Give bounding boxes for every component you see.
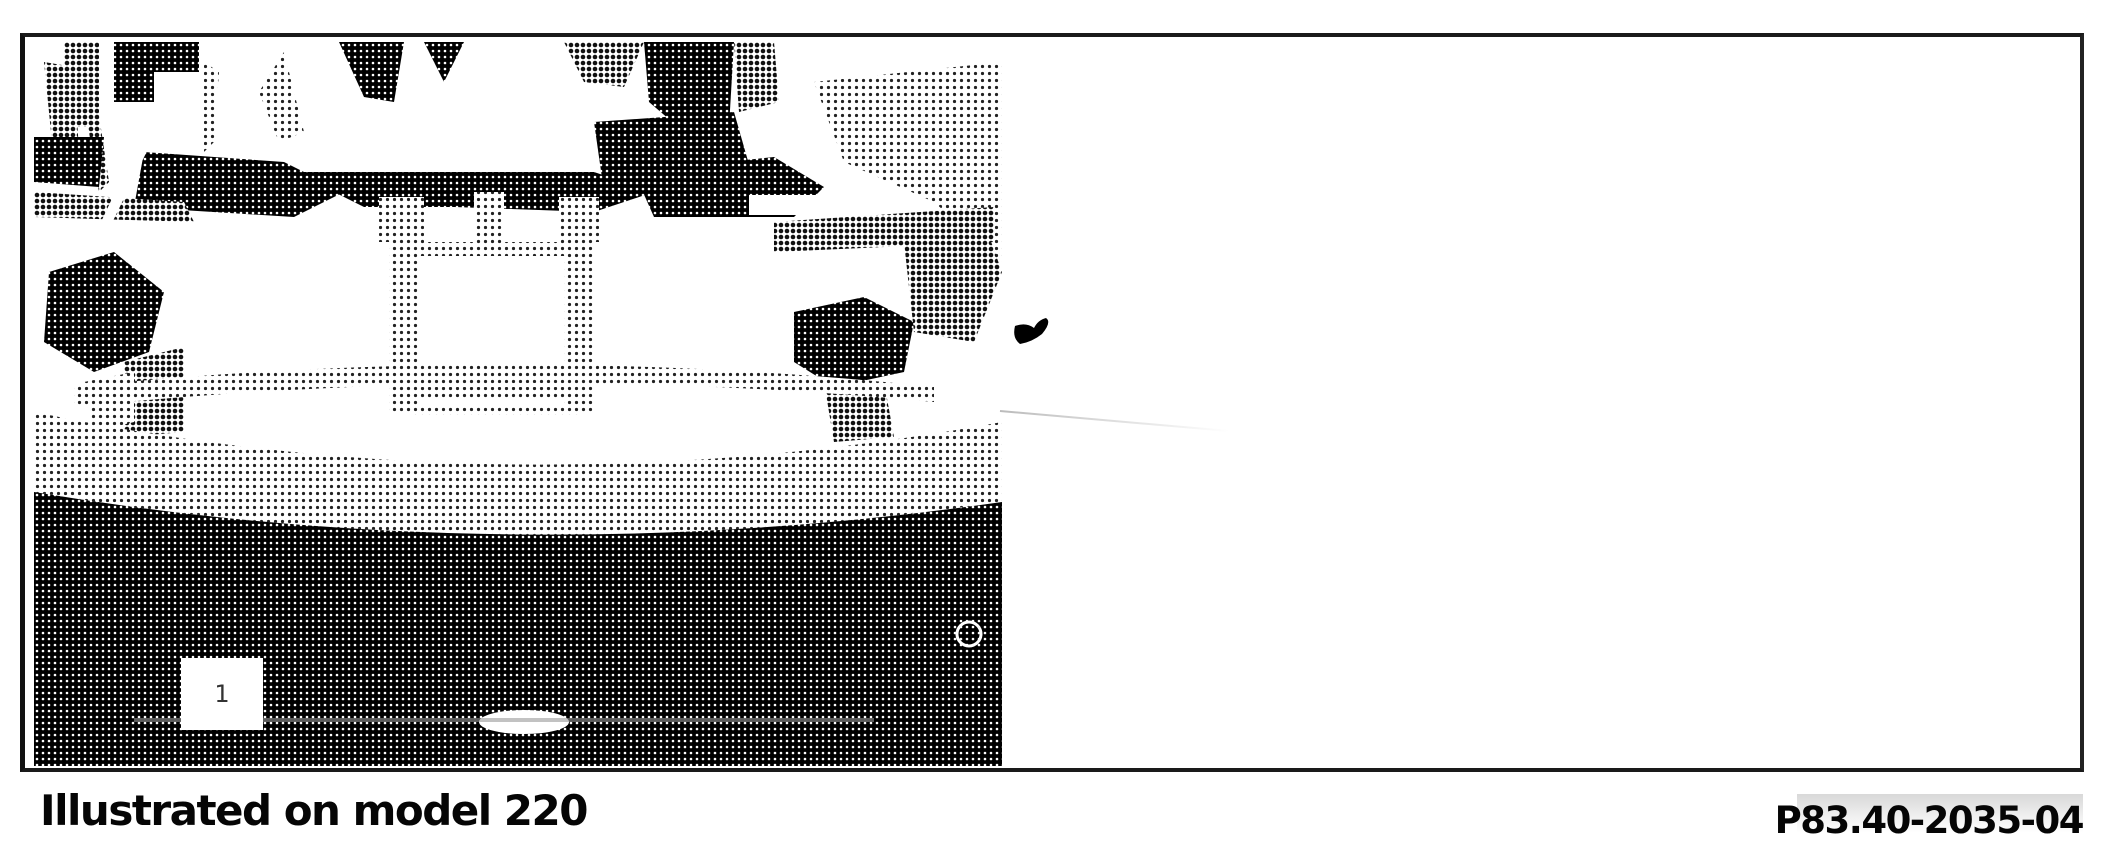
reference-code: P83.40-2035-04 <box>1775 802 2083 839</box>
callout-label-1: 1 <box>181 658 263 730</box>
callout-number: 1 <box>214 680 229 708</box>
halftone-photo-image <box>34 42 1002 766</box>
scan-smudge-mark <box>1012 316 1052 350</box>
figure-photo <box>34 42 1002 766</box>
reference-code-block: P83.40-2035-04 <box>1797 794 2083 846</box>
figure-caption: Illustrated on model 220 <box>40 790 587 832</box>
